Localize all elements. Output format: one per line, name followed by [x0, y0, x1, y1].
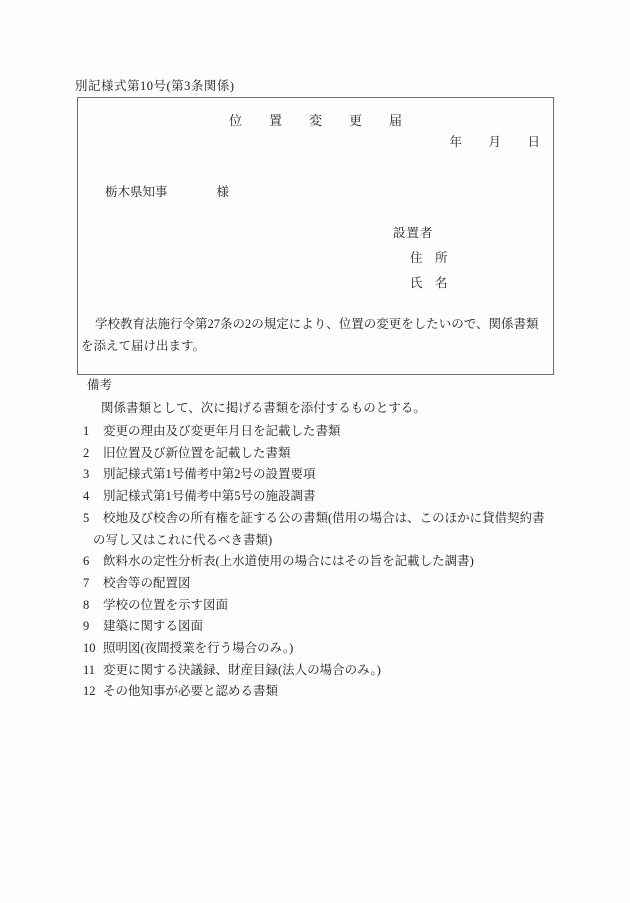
- list-item-text: 別記様式第1号備考中第2号の設置要項: [103, 467, 316, 481]
- remarks-heading: 備考: [87, 377, 630, 393]
- list-item-text: 照明図(夜間授業を行う場合のみ。): [103, 641, 293, 655]
- list-item: 7校舎等の配置図: [83, 573, 554, 595]
- founder-label: 設置者: [393, 223, 434, 241]
- list-item-number: 4: [83, 486, 103, 508]
- list-item: 10照明図(夜間授業を行う場合のみ。): [83, 638, 554, 660]
- name-label: 氏 名: [410, 273, 448, 291]
- address-label: 住 所: [410, 248, 448, 266]
- list-item-text: 学校の位置を示す図面: [103, 598, 228, 612]
- form-body-text: 学校教育法施行令第27条の2の規定により、位置の変更をしたいので、関係書類を添え…: [81, 314, 548, 357]
- date-line: 年 月 日: [449, 132, 547, 150]
- list-item: 8学校の位置を示す図面: [83, 595, 554, 617]
- list-item-text: 変更の理由及び変更年月日を記載した書類: [103, 424, 341, 438]
- list-item-number: 2: [83, 443, 103, 465]
- form-number-label: 別記様式第10号(第3条関係): [75, 76, 235, 94]
- document-page: 別記様式第10号(第3条関係) 位 置 変 更 届 年 月 日 栃木県知事様 設…: [0, 0, 630, 903]
- list-item-number: 9: [83, 616, 103, 638]
- form-title: 位 置 変 更 届: [78, 110, 553, 129]
- list-item-number: 10: [83, 638, 103, 660]
- list-item: 6飲料水の定性分析表(上水道使用の場合にはその旨を記載した調書): [83, 551, 554, 573]
- remarks-section: 備考 関係書類として、次に掲げる書類を添付するものとする。 1変更の理由及び変更…: [0, 377, 630, 703]
- remarks-intro: 関係書類として、次に掲げる書類を添付するものとする。: [101, 400, 630, 416]
- list-item: 5校地及び校舎の所有権を証する公の書類(借用の場合は、このほかに貸借契約書の写し…: [83, 508, 554, 551]
- list-item-text: 別記様式第1号備考中第5号の施設調書: [103, 489, 316, 503]
- list-item-text: 校舎等の配置図: [103, 576, 191, 590]
- notification-form-box: 位 置 変 更 届 年 月 日 栃木県知事様 設置者 住 所 氏 名 学校教育法…: [77, 97, 554, 375]
- attachment-list: 1変更の理由及び変更年月日を記載した書類 2旧位置及び新位置を記載した書類 3別…: [83, 421, 554, 703]
- list-item-number: 1: [83, 421, 103, 443]
- list-item: 4別記様式第1号備考中第5号の施設調書: [83, 486, 554, 508]
- list-item: 12その他知事が必要と認める書類: [83, 681, 554, 703]
- honorific-label: 様: [217, 185, 230, 199]
- list-item-number: 7: [83, 573, 103, 595]
- list-item-number: 5: [83, 508, 103, 530]
- list-item-text: 建築に関する図面: [103, 619, 203, 633]
- list-item-text: 変更に関する決議録、財産目録(法人の場合のみ。): [103, 663, 381, 677]
- recipient-name: 栃木県知事: [105, 185, 168, 199]
- list-item-number: 3: [83, 464, 103, 486]
- list-item-text: 旧位置及び新位置を記載した書類: [103, 446, 291, 460]
- list-item: 3別記様式第1号備考中第2号の設置要項: [83, 464, 554, 486]
- list-item-number: 8: [83, 595, 103, 617]
- list-item-number: 6: [83, 551, 103, 573]
- list-item-number: 12: [83, 681, 103, 703]
- list-item-text: 校地及び校舎の所有権を証する公の書類(借用の場合は、このほかに貸借契約書の写し又…: [93, 511, 545, 547]
- list-item: 11変更に関する決議録、財産目録(法人の場合のみ。): [83, 660, 554, 682]
- addressee-line: 栃木県知事様: [105, 182, 229, 200]
- list-item-text: 飲料水の定性分析表(上水道使用の場合にはその旨を記載した調書): [103, 554, 474, 568]
- list-item-text: その他知事が必要と認める書類: [103, 684, 278, 698]
- list-item-number: 11: [83, 660, 103, 682]
- list-item: 1変更の理由及び変更年月日を記載した書類: [83, 421, 554, 443]
- list-item: 9建築に関する図面: [83, 616, 554, 638]
- list-item: 2旧位置及び新位置を記載した書類: [83, 443, 554, 465]
